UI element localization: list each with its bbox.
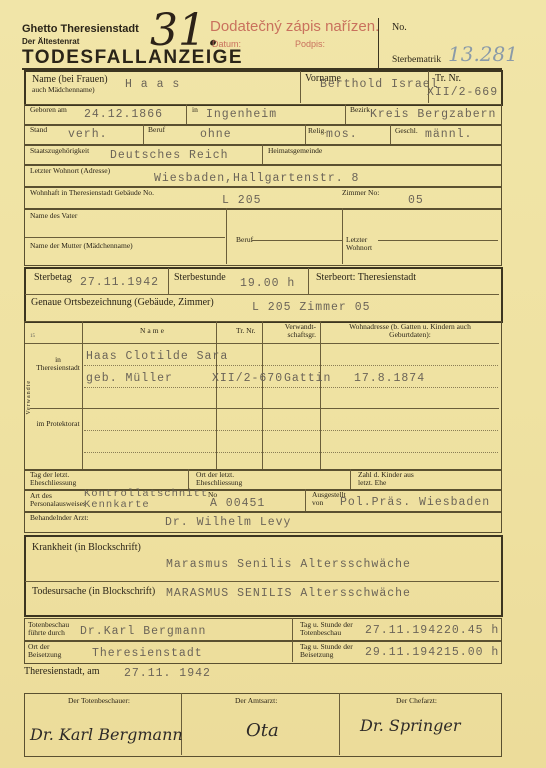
relative-trnr: XII/2-670 [212,372,283,385]
tag-beschau-time: 20.45 h [444,624,499,637]
ausweis-no-value: A 00451 [210,497,265,510]
col-verwandt: Verwandt- schaftsgr. [272,323,316,339]
divider [262,144,263,164]
divider [30,408,499,409]
relative-verwandt: Gattin [284,372,331,385]
tag-beisetzung-date: 29.11.1942 [365,646,444,659]
org-name: Ghetto Theresienstadt [22,23,139,35]
stand-value: verh. [68,128,108,141]
divider [308,268,309,294]
group-theresienstadt: in Theresienstadt [36,356,80,372]
bezirk-label: Bezirk [350,106,370,114]
sig1-signature: Dr. Karl Bergmann [30,725,183,744]
sterbetag-label: Sterbetag [34,272,72,283]
mutter-label: Name der Mutter (Mädchenname) [30,242,150,250]
vorname-value: Berthold Israel [320,78,439,91]
stamp-podpis-label: Podpis: [295,39,325,49]
sterbestunde-label: Sterbestunde [174,272,226,283]
arzt-label: Behandelnder Arzt: [30,514,89,522]
divider [168,268,169,294]
totenbeschau-label: Totenbeschau führte durch [28,621,80,637]
todesursache-value: MARASMUS SENILIS Altersschwäche [166,587,411,600]
divider [181,693,182,755]
sterbeort-label: Sterbeort: Theresienstadt [316,272,416,283]
sterbetag-value: 27.11.1942 [80,276,159,289]
name-label: Name (bei Frauen) [32,74,108,85]
divider [25,294,499,295]
staats-label: Staatszugehörigkeit [30,147,89,155]
relative-name-1: Haas Clotilde Sara [86,350,228,363]
col-wohn: Wohnadresse (b. Gatten u. Kindern auch G… [340,323,480,339]
letzter-label: Letzter Wohnort (Adresse) [30,167,110,175]
heimat-label: Heimatsgemeinde [268,147,322,155]
place-date-label: Theresienstadt, am [24,666,100,677]
in-value: Ingenheim [206,108,277,121]
letzter-value: Wiesbaden,Hallgartenstr. 8 [154,172,359,185]
tag-beisetzung-label: Tag u. Stunde der Beisetzung [300,643,366,659]
stand-label: Stand [30,126,47,134]
ort-beisetzung-label: Ort der Beisetzung [28,643,80,659]
beruf-label: Beruf [148,126,165,134]
geboren-value: 24.12.1866 [84,108,163,121]
ausgestellt-value: Pol.Präs. Wiesbaden [340,496,490,509]
divider [305,489,306,511]
relig-value: mos. [326,128,358,141]
vater-label: Name des Vater [30,212,80,220]
divider [25,343,499,344]
divider [25,237,225,238]
divider [252,240,342,241]
divider [342,208,343,264]
geschl-value: männl. [425,128,472,141]
wohnhaft-label: Wohnhaft in Theresienstadt Gebäude No. [30,189,154,197]
sig3-signature: Dr. Springer [360,716,461,735]
divider [378,240,498,241]
dotted-line [84,452,498,453]
tag-beisetzung-time: 15.00 h [444,646,499,659]
todesursache-label: Todesursache (in Blockschrift) [32,586,155,597]
stamp-text: Dodatečný zápis nařízen. [210,18,379,35]
divider [186,104,187,124]
divider [143,124,144,144]
beruf-value: ohne [200,128,232,141]
ortsbez-label: Genaue Ortsbezeichnung (Gebäude, Zimmer) [31,297,214,308]
document-page: Ghetto Theresienstadt Der Ältestenrat 31… [0,0,546,768]
relig-label: Relig. [308,127,326,135]
dotted-line [84,430,498,431]
header-divider [378,18,379,68]
divider [226,208,227,264]
kinder-label: Zahl d. Kinder aus letzt. Ehe [358,471,418,487]
verwandte-side-label: Verwandte [26,380,32,415]
wohnhaft-value: L 205 [222,194,262,207]
no-label: No. [392,22,407,33]
divider [300,71,301,103]
relatives-row-num: 15 [30,334,35,339]
tag-beschau-date: 27.11.1942 [365,624,444,637]
totenbeschau-value: Dr.Karl Bergmann [80,625,206,638]
tag-ehe-label: Tag der letzt. Eheschliessung [30,471,90,487]
staats-row [24,144,502,166]
divider [345,104,346,124]
zimmer-value: 05 [408,194,424,207]
staats-value: Deutsches Reich [110,149,229,162]
relative-wohn: 17.8.1874 [354,372,425,385]
org-subtitle: Der Ältestenrat [22,37,79,46]
col-name: Name [140,327,166,335]
divider [188,469,189,489]
ortsbez-value: L 205 Zimmer 05 [252,301,371,314]
group-protektorat: im Protektorat [36,420,80,428]
krankheit-value: Marasmus Senilis Altersschwäche [166,558,411,571]
relative-name-2: geb. Müller [86,372,173,385]
sig3-label: Der Chefarzt: [396,697,437,705]
zimmer-label: Zimmer No: [342,189,379,197]
trnr-value: XII/2-669 [427,86,498,99]
document-title: TODESFALLANZEIGE [22,47,243,69]
place-date-value: 27.11. 1942 [124,667,211,680]
bezirk-value: Kreis Bergzabern [370,108,496,121]
dotted-line [84,387,498,388]
divider [339,693,340,755]
ausweis-value-2: Kennkarte [84,499,150,511]
ort-beisetzung-value: Theresienstadt [92,647,203,660]
divider [350,469,351,489]
in-label: in [192,106,198,114]
divider [390,124,391,144]
geboren-label: Geboren am [30,106,67,114]
dotted-line [84,365,498,366]
name-value: H a a s [125,78,180,91]
krankheit-label: Krankheit (in Blockschrift) [32,542,141,553]
tag-beschau-label: Tag u. Stunde der Totenbeschau [300,621,366,637]
sterbematrik-value: 13.281 [448,42,518,66]
sterbematrik-label: Sterbematrik [392,55,441,65]
divider [25,581,499,582]
sig1-label: Der Totenbeschauer: [68,697,130,705]
arzt-value: Dr. Wilhelm Levy [165,516,291,529]
divider [305,124,306,144]
sig2-label: Der Amtsarzt: [235,697,277,705]
sig2-signature: Ota [246,720,279,741]
ort-ehe-label: Ort der letzt. Eheschliessung [196,471,256,487]
trnr-label: Tr. Nr. [435,73,461,84]
ausweis-label: Art des Personalausweises [30,492,86,508]
sterbestunde-value: 19.00 h [240,277,295,290]
geschl-label: Geschl. [395,127,418,135]
name-label-2: auch Mädchenname) [32,86,95,94]
col-trnr: Tr. Nr. [236,327,256,335]
eltern-wohnort-label: Letzter Wohnort [346,236,386,252]
